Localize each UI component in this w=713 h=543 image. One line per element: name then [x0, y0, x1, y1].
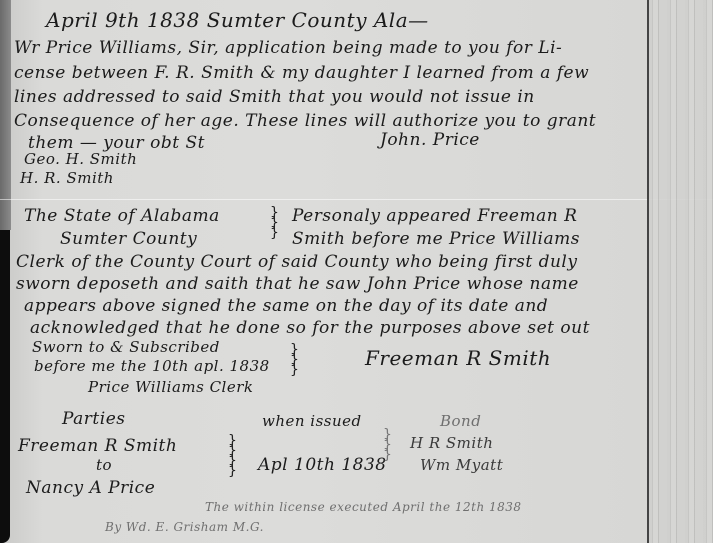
venue-bracket: } } } — [270, 208, 279, 238]
witness-name: Geo. H. Smith — [24, 150, 137, 168]
executed-by: By Wd. E. Grisham M.G. — [105, 520, 264, 534]
affidavit-line: acknowledged that he done so for the pur… — [30, 318, 590, 338]
letter-line: cense between F. R. Smith & my daughter … — [14, 63, 589, 83]
executed-note: The within license executed April the 12… — [205, 500, 522, 514]
affiant-signature: Freeman R Smith — [365, 346, 551, 370]
affidavit-line: appears above signed the same on the day… — [24, 296, 548, 316]
party-name: Freeman R Smith — [18, 436, 177, 456]
letter-signature: John. Price — [380, 130, 480, 150]
affidavit-line: Smith before me Price Williams — [292, 229, 580, 249]
jurat-clerk: Price Williams Clerk — [88, 378, 254, 396]
margin-rule-line — [647, 0, 649, 543]
letter-heading: April 9th 1838 Sumter County Ala— — [46, 8, 429, 32]
party-connector: to — [96, 456, 112, 474]
when-issued-label: when issued — [262, 412, 362, 430]
bond-name: Wm Myatt — [420, 456, 503, 474]
affidavit-line: sworn deposeth and saith that he saw Joh… — [16, 274, 579, 294]
affidavit-line: Clerk of the County Court of said County… — [16, 252, 577, 272]
letter-line: Consequence of her age. These lines will… — [14, 111, 596, 131]
jurat-bracket: } } } — [290, 345, 299, 375]
parties-bracket: } } } } — [228, 436, 237, 476]
page-gutter — [649, 0, 713, 543]
letter-line: Wr Price Williams, Sir, application bein… — [14, 38, 562, 58]
jurat-line: Sworn to & Subscribed — [32, 338, 220, 356]
issued-date: Apl 10th 1838 — [258, 455, 387, 475]
scan-edge-shadow — [0, 0, 11, 230]
venue-county: Sumter County — [60, 229, 197, 249]
letter-line: lines addressed to said Smith that you w… — [14, 87, 535, 107]
jurat-line: before me the 10th apl. 1838 — [34, 357, 270, 375]
affidavit-line: Personaly appeared Freeman R — [292, 206, 577, 226]
witness-name: H. R. Smith — [20, 169, 114, 187]
parties-label: Parties — [62, 409, 126, 429]
party-name: Nancy A Price — [26, 478, 155, 498]
venue-state: The State of Alabama — [24, 206, 220, 226]
bond-name: H R Smith — [410, 434, 493, 452]
page-fold-line — [0, 199, 713, 200]
bond-label: Bond — [440, 412, 481, 430]
scan-edge-black — [0, 230, 10, 543]
bond-bracket: } } } — [383, 430, 392, 460]
